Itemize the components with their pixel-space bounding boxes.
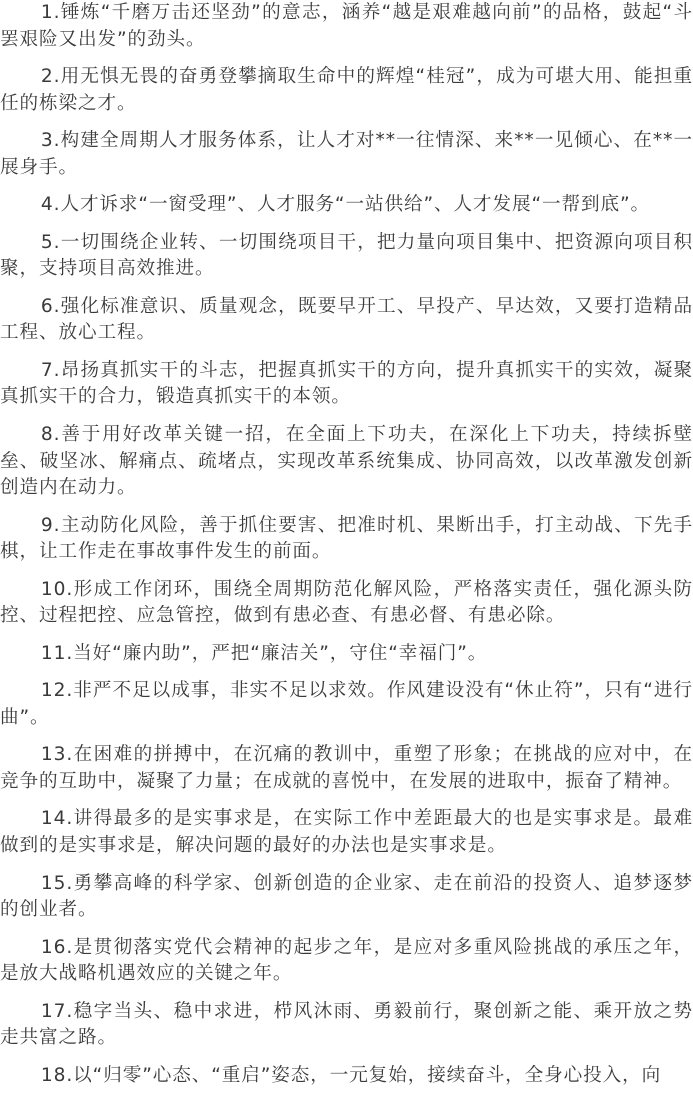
- paragraph-2: 2.用无惧无畏的奋勇登攀摘取生命中的辉煌“桂冠”，成为可堪大用、能担重任的栋梁之…: [0, 64, 693, 117]
- paragraph-1: 1.锤炼“千磨万击还坚劲”的意志，涵养“越是艰难越向前”的品格，鼓起“斗罢艰险又…: [0, 0, 693, 53]
- paragraph-13: 13.在困难的拼搏中，在沉痛的教训中，重塑了形象；在挑战的应对中，在竞争的互助中…: [0, 742, 693, 795]
- paragraph-4: 4.人才诉求“一窗受理”、人才服务“一站供给”、人才发展“一帮到底”。: [0, 192, 693, 219]
- document-body: 1.锤炼“千磨万击还坚劲”的意志，涵养“越是艰难越向前”的品格，鼓起“斗罢艰险又…: [0, 0, 693, 1097]
- paragraph-9: 9.主动防化风险，善于抓住要害、把准时机、果断出手，打主动战、下先手棋，让工作走…: [0, 513, 693, 566]
- paragraph-5: 5.一切围绕企业转、一切围绕项目干，把力量向项目集中、把资源向项目积聚，支持项目…: [0, 230, 693, 283]
- paragraph-7: 7.昂扬真抓实干的斗志，把握真抓实干的方向，提升真抓实干的实效，凝聚真抓实干的合…: [0, 358, 693, 411]
- paragraph-15: 15.勇攀高峰的科学家、创新创造的企业家、走在前沿的投资人、追梦逐梦的创业者。: [0, 871, 693, 924]
- paragraph-18: 18.以“归零”心态、“重启”姿态，一元复始，接续奋斗，全身心投入，向: [0, 1063, 693, 1090]
- paragraph-16: 16.是贯彻落实党代会精神的起步之年，是应对多重风险挑战的承压之年，是放大战略机…: [0, 935, 693, 988]
- paragraph-8: 8.善于用好改革关键一招，在全面上下功夫，在深化上下功夫，持续拆壁垒、破坚冰、解…: [0, 422, 693, 502]
- paragraph-10: 10.形成工作闭环，围绕全周期防范化解风险，严格落实责任，强化源头防控、过程把控…: [0, 577, 693, 630]
- paragraph-6: 6.强化标准意识、质量观念，既要早开工、早投产、早达效，又要打造精品工程、放心工…: [0, 294, 693, 347]
- paragraph-11: 11.当好“廉内助”，严把“廉洁关”，守住“幸福门”。: [0, 641, 693, 668]
- paragraph-14: 14.讲得最多的是实事求是，在实际工作中差距最大的也是实事求是。最难做到的是实事…: [0, 806, 693, 859]
- paragraph-3: 3.构建全周期人才服务体系，让人才对**一往情深、来**一见倾心、在**一展身手…: [0, 128, 693, 181]
- paragraph-12: 12.非严不足以成事，非实不足以求效。作风建设没有“休止符”，只有“进行曲”。: [0, 678, 693, 731]
- paragraph-17: 17.稳字当头、稳中求进，栉风沐雨、勇毅前行，聚创新之能、乘开放之势走共富之路。: [0, 999, 693, 1052]
